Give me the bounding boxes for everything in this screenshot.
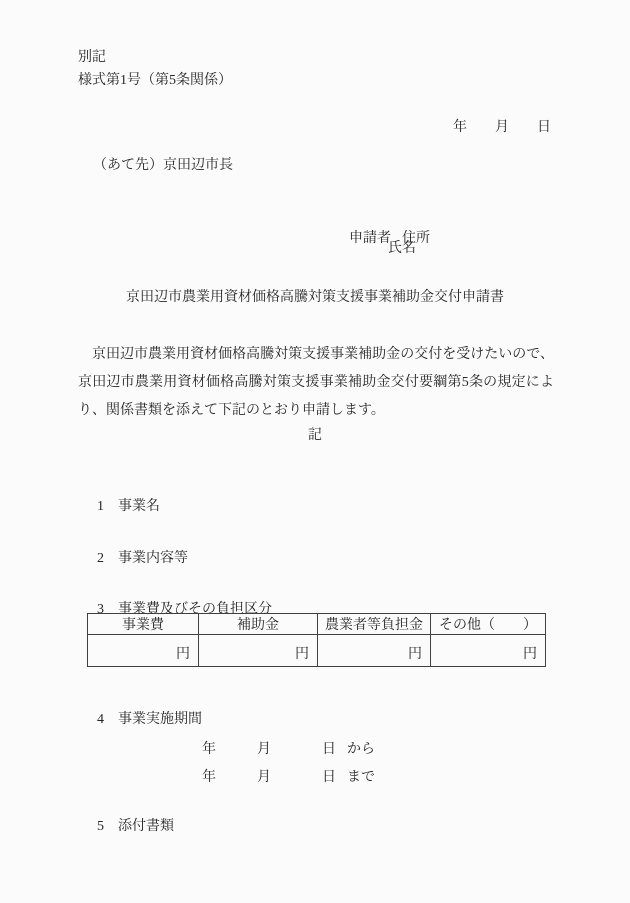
applicant-label: 申請者: [349, 231, 391, 246]
item-label: 事業名: [118, 499, 160, 514]
form-number: 様式第1号（第5条関係）: [78, 73, 232, 89]
cell-other-yen: 円: [431, 635, 546, 667]
date-year-label: 年: [453, 120, 467, 135]
item-label: 事業実施期間: [118, 712, 202, 727]
period-to-suffix: まで: [347, 770, 375, 785]
item-number: 2: [97, 551, 104, 566]
header-project-cost: 事業費: [88, 614, 199, 635]
addressee-line: （あて先）京田辺市長: [93, 158, 233, 174]
item-number: 4: [97, 712, 104, 727]
item-label: 事業内容等: [118, 551, 188, 566]
cell-farmer-burden-yen: 円: [318, 635, 431, 667]
body-paragraph: 京田辺市農業用資材価格高騰対策支援事業補助金の交付を受けたいので、京田辺市農業用…: [78, 341, 554, 425]
cost-breakdown-table: 事業費 補助金 農業者等負担金 その他（ ） 円 円 円 円: [87, 613, 546, 667]
date-day-label: 日: [537, 120, 551, 135]
item-1-project-name: 1事業名: [83, 483, 160, 531]
header-other: その他（ ）: [431, 614, 546, 635]
item-number: 1: [97, 499, 104, 514]
table-value-row: 円 円 円 円: [88, 635, 546, 667]
record-marker: 記: [0, 428, 630, 444]
header-farmer-burden: 農業者等負担金: [318, 614, 431, 635]
document-title: 京田辺市農業用資材価格高騰対策支援事業補助金交付申請書: [0, 290, 630, 306]
applicant-name-label: 氏名: [388, 241, 416, 257]
cell-project-cost-yen: 円: [88, 635, 199, 667]
annotation-bekki: 別記: [78, 50, 106, 66]
item-label: 添付書類: [118, 819, 174, 834]
period-to-line: 年月日まで: [188, 754, 375, 802]
date-month-label: 月: [495, 120, 509, 135]
period-year-label: 年: [202, 770, 216, 785]
period-day-label: 日: [322, 770, 336, 785]
document-page: 別記 様式第1号（第5条関係） 年月日 （あて先）京田辺市長 申請者住所 氏名 …: [0, 0, 630, 903]
item-5-attachments: 5添付書類: [83, 803, 174, 851]
header-subsidy: 補助金: [199, 614, 318, 635]
cell-subsidy-yen: 円: [199, 635, 318, 667]
item-number: 5: [97, 819, 104, 834]
table-header-row: 事業費 補助金 農業者等負担金 その他（ ）: [88, 614, 546, 635]
item-4-implementation-period: 4事業実施期間: [83, 696, 202, 744]
date-line: 年月日: [0, 104, 630, 152]
period-month-label: 月: [257, 770, 271, 785]
item-2-project-details: 2事業内容等: [83, 535, 188, 583]
